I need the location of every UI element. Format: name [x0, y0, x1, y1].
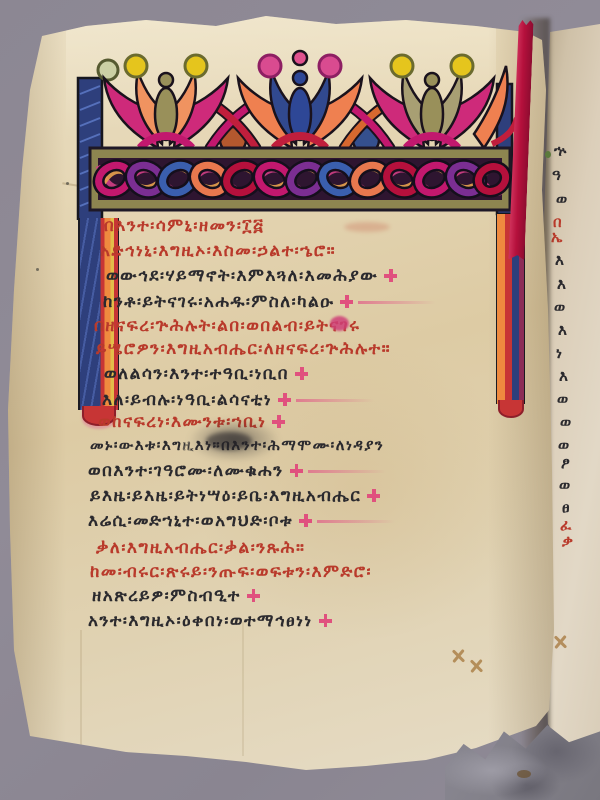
- line-text: እለ፡ይብሉ፡ነዓቢ፡ልሳናቲነ: [102, 390, 272, 410]
- underline-stroke: [317, 520, 395, 523]
- pendant-hatch: [80, 218, 100, 410]
- line-text: ከመ፡ብሩር፡ጽሩይ፡ንጡፍ፡ወፍቱን፡እምድሮ፡: [90, 562, 372, 582]
- line-text: አድኅነኒ፡እግዚኦ፡እስመ፡ኃልተ፡ኄሮ።: [100, 241, 336, 261]
- text-line: እሬሲ፡መድኀኒተ፡ወአግህድ፡ቦቱ: [88, 511, 395, 531]
- text-line: ከንቶ፡ይትናገሩ፡አሐዱ፡ምስለ፡ካልዑ: [103, 292, 436, 312]
- text-line: ወውኅደ፡ሃይማኖት፡እምእጓለ፡እመሕያው: [106, 266, 397, 286]
- crease-line: [80, 630, 82, 752]
- text-line: ወለልሳን፡እንተ፡ተዓቢ፡ነቢበ: [104, 364, 308, 384]
- cross-icon: [340, 295, 353, 308]
- partial-letter: እ: [557, 275, 566, 293]
- text-line: በእንተ፡ሳምኒ፡ዘመን፡፲፭: [104, 216, 264, 236]
- partial-letter: ፀ: [562, 498, 569, 516]
- underline-stroke: [358, 301, 436, 304]
- manuscript-photo-scene: ኍ ዓ ወ በ ኤ እ እ ወ እ ነ እ ወ ወ ወ ፆ ወ ፀ ፈ ቃ: [0, 0, 600, 800]
- cross-icon: [278, 393, 291, 406]
- partial-letter: ፆ: [561, 454, 570, 472]
- cross-icon: [319, 614, 332, 627]
- pink-ink-blob: [330, 316, 349, 331]
- partial-letter: ወ: [559, 476, 570, 494]
- underline-stroke: [308, 470, 386, 473]
- pendant-tip: [498, 400, 524, 418]
- line-text: ከንቶ፡ይትናገሩ፡አሐዱ፡ምስለ፡ካልዑ: [103, 292, 334, 312]
- partial-letter: ነ: [556, 344, 562, 362]
- partial-letter: ኤ: [551, 228, 562, 246]
- stain-mark: [468, 658, 484, 674]
- interlace-band: [90, 148, 510, 210]
- headpiece-graphic: [76, 48, 520, 220]
- ink-smudge: [206, 432, 252, 450]
- partial-letter: ወ: [560, 413, 571, 431]
- line-text: ይሤሮዎን፡እግዚአብሔር፡ለዘናፍረ፡ጕሕሉተ።: [96, 339, 391, 359]
- cross-icon: [295, 367, 308, 380]
- cross-icon: [290, 464, 303, 477]
- text-line: ይሤሮዎን፡እግዚአብሔር፡ለዘናፍረ፡ጕሕሉተ።: [96, 339, 391, 359]
- bird-group-left: [104, 55, 228, 148]
- stain-mark: [450, 648, 466, 664]
- cross-icon: [247, 589, 260, 602]
- partial-letter: ወ: [557, 390, 568, 408]
- partial-letter: እ: [558, 321, 567, 339]
- line-text: ዘአጽረይዎ፡ምስብዒተ: [92, 586, 241, 606]
- line-text: አንተ፡እግዚኦ፡ዕቀበነ፡ወተማኅፀነነ: [88, 611, 313, 631]
- cross-icon: [299, 514, 312, 527]
- line-text: ወለልሳን፡እንተ፡ተዓቢ፡ነቢበ: [104, 364, 289, 384]
- harag-headpiece-ornament: [76, 48, 520, 220]
- partial-letter: ኍ: [554, 142, 566, 160]
- partial-letter: እ: [559, 367, 568, 385]
- parchment-shading: [6, 10, 66, 778]
- crease-line: [242, 622, 244, 756]
- partial-letter: እ: [555, 251, 564, 269]
- text-line: አንተ፡እግዚኦ፡ዕቀበነ፡ወተማኅፀነነ: [88, 611, 332, 631]
- text-line: እለ፡ይብሉ፡ነዓቢ፡ልሳናቲነ: [102, 390, 374, 410]
- text-line: ዘአጽረይዎ፡ምስብዒተ: [92, 586, 260, 606]
- line-text: ወበእንተ፡ገዓሮሙ፡ለሙቁሐን: [88, 461, 284, 481]
- cross-icon: [367, 489, 380, 502]
- stain-mark: [552, 634, 568, 650]
- partial-letter: ወ: [558, 436, 569, 454]
- line-text: በእንተ፡ሳምኒ፡ዘመን፡፲፭: [104, 216, 264, 236]
- partial-letter: ቃ: [562, 532, 573, 550]
- corner-disc: [98, 60, 118, 80]
- dirt-spot: [517, 770, 531, 778]
- bird-group-center: [238, 51, 362, 148]
- speck: [36, 268, 39, 271]
- text-line: ቃለ፡እግዚአብሔር፡ቃል፡ንጹሕ።: [96, 538, 305, 558]
- text-line: ወበእንተ፡ገዓሮሙ፡ለሙቁሐን: [88, 461, 386, 481]
- text-line: አድኅነኒ፡እግዚኦ፡እስመ፡ኃልተ፡ኄሮ።: [100, 241, 336, 261]
- partial-letter: ዓ: [552, 166, 561, 184]
- cross-icon: [384, 269, 397, 282]
- red-smear: [344, 222, 390, 232]
- text-line: ይእዜ፡ይእዜ፡ይትነሣዕ፡ይቤ፡እግዚአብሔር: [90, 486, 380, 506]
- partial-letter: ወ: [556, 190, 567, 208]
- line-text: ወውኅደ፡ሃይማኖት፡እምእጓለ፡እመሕያው: [106, 266, 378, 286]
- text-line: ከመ፡ብሩር፡ጽሩይ፡ንጡፍ፡ወፍቱን፡እምድሮ፡: [90, 562, 372, 582]
- text-line: በዘናፍረ፡ጕሕሉት፡ልበ፡ወበልብ፡ይትናገሩ: [94, 316, 360, 336]
- line-text: በዘናፍረ፡ጕሕሉት፡ልበ፡ወበልብ፡ይትናገሩ: [94, 316, 360, 336]
- speck: [66, 182, 69, 185]
- line-text: እሬሲ፡መድኀኒተ፡ወአግህድ፡ቦቱ: [88, 511, 293, 531]
- green-speck: [545, 151, 551, 158]
- line-text: ይእዜ፡ይእዜ፡ይትነሣዕ፡ይቤ፡እግዚአብሔር: [90, 486, 361, 506]
- underline-stroke: [296, 399, 374, 402]
- partial-letter: ወ: [554, 298, 565, 316]
- line-text: ቃለ፡እግዚአብሔር፡ቃል፡ንጹሕ።: [96, 538, 305, 558]
